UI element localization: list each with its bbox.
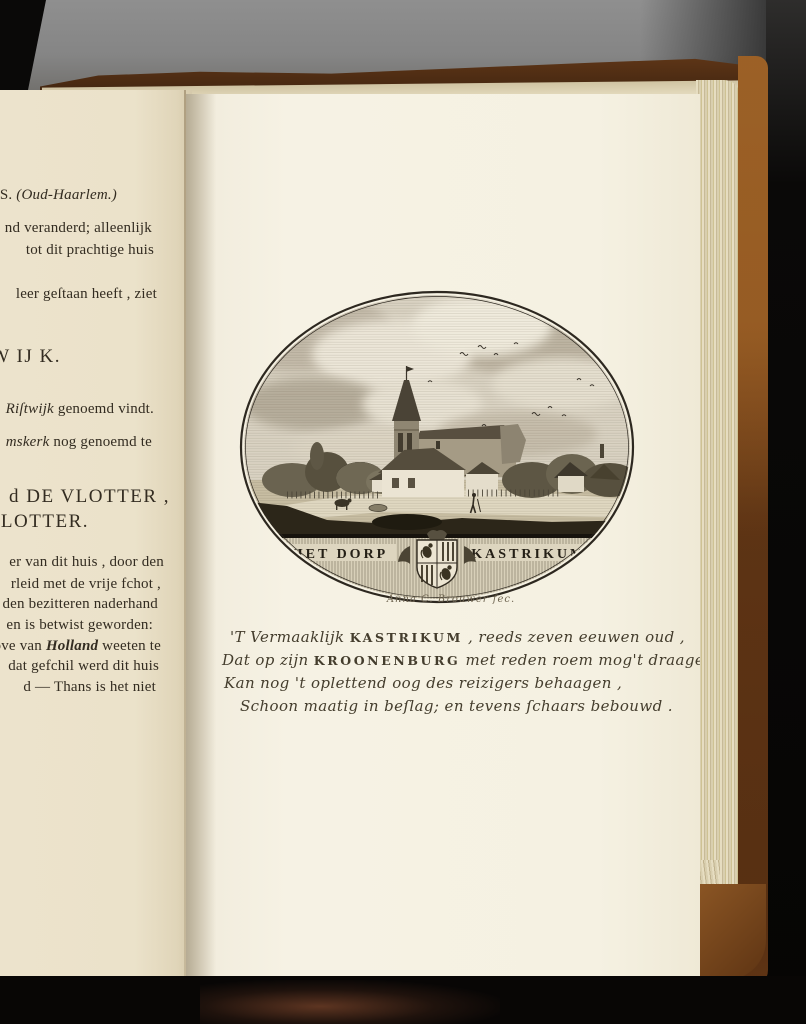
poem-placename: KROONENBURG bbox=[314, 653, 461, 668]
text-fragment: weeten te bbox=[98, 638, 161, 654]
left-page-text-line: ove van Holland weeten te bbox=[0, 638, 161, 655]
leather-cover-corner bbox=[700, 884, 766, 980]
text-fragment-italic: Holland bbox=[46, 638, 98, 654]
left-page-heading: LOTTER. bbox=[1, 511, 89, 533]
crest bbox=[427, 530, 447, 540]
left-page-text-line: en is betwist geworden: bbox=[6, 617, 153, 634]
poem-fragment: Kan nog 't oplettend oog des reizigers b… bbox=[224, 674, 622, 692]
tower-louvre bbox=[398, 433, 403, 452]
text-fragment: den bezitteren naderhand bbox=[2, 596, 158, 612]
heading-fragment: W IJ K. bbox=[0, 346, 61, 367]
left-page: BES. (Oud-Haarlem.) nd veranderd; alleen… bbox=[0, 90, 192, 976]
left-page-text-line: Riſtwijk genoemd vindt. bbox=[6, 401, 154, 418]
poem-fragment: Dat op zijn bbox=[222, 651, 314, 669]
left-page-text-line: den bezitteren naderhand bbox=[2, 596, 158, 613]
text-fragment-italic: Riſtwijk bbox=[6, 401, 54, 417]
text-fragment: dat gefchil werd dit huis bbox=[8, 658, 159, 674]
left-page-text-line: er van dit huis , door den bbox=[9, 554, 164, 571]
page-block-fore-edge bbox=[696, 80, 740, 982]
poem-line: Schoon maatig in beſlag; en tevens ſchaa… bbox=[222, 697, 662, 720]
text-fragment: ove van bbox=[0, 638, 46, 654]
white-house bbox=[558, 476, 584, 492]
left-page-text-line: leer geſtaan heeft , ziet bbox=[16, 286, 157, 303]
left-page-text-line: d — Thans is het niet bbox=[23, 679, 156, 696]
heading-fragment: LOTTER. bbox=[1, 511, 89, 532]
left-page-heading: W IJ K. bbox=[0, 346, 61, 368]
text-fragment: d — Thans is het niet bbox=[23, 679, 156, 695]
gutter-shadow bbox=[186, 94, 216, 978]
book-photograph: BES. (Oud-Haarlem.) nd veranderd; alleen… bbox=[0, 0, 806, 1024]
poem-line: 'T Vermaaklijk KASTRIKUM , reeds zeven e… bbox=[222, 628, 662, 651]
text-fragment-italic: mskerk bbox=[6, 434, 50, 450]
leather-cover-edge bbox=[738, 56, 768, 990]
foreground-bush bbox=[372, 514, 442, 530]
poem-line: Dat op zijn KROONENBURG met reden roem m… bbox=[222, 651, 662, 674]
engraving-caption-left: HET DORP bbox=[292, 547, 388, 562]
text-fragment-italic: (Oud-Haarlem.) bbox=[16, 187, 117, 203]
text-fragment: nog genoemd te bbox=[49, 434, 152, 450]
left-page-text-line: mskerk nog genoemd te bbox=[6, 434, 152, 451]
text-fragment: tot dit prachtige huis bbox=[26, 242, 154, 258]
small-spire bbox=[600, 444, 604, 458]
village-engraving: HET DORP KASTRIKUM. bbox=[232, 284, 642, 616]
left-page-text-line: nd veranderd; alleenlijk bbox=[5, 220, 152, 237]
engraving-caption-right: KASTRIKUM. bbox=[471, 547, 592, 562]
right-page: HET DORP KASTRIKUM. bbox=[186, 94, 700, 978]
text-fragment: genoemd vindt. bbox=[54, 401, 154, 417]
text-fragment: BES. bbox=[0, 187, 16, 203]
tower-louvre bbox=[407, 433, 412, 452]
poem-line: Kan nog 't oplettend oog des reizigers b… bbox=[222, 674, 662, 697]
left-page-text-line: dat gefchil werd dit huis bbox=[8, 658, 159, 675]
text-fragment: en is betwist geworden: bbox=[6, 617, 153, 633]
engraver-credit: Anna C. Brouwer fec. bbox=[246, 594, 656, 605]
table-warm-reflection bbox=[200, 980, 500, 1024]
poem-fragment: 'T Vermaaklijk bbox=[230, 628, 350, 646]
poem: 'T Vermaaklijk KASTRIKUM , reeds zeven e… bbox=[222, 628, 662, 720]
poem-placename: KASTRIKUM bbox=[350, 630, 463, 645]
poem-fragment: met reden roem mog't draagen , bbox=[460, 651, 700, 669]
left-page-text-line: rleid met de vrije fchot , bbox=[11, 576, 161, 593]
left-page-text-line: BES. (Oud-Haarlem.) bbox=[0, 187, 117, 204]
dark-background-right bbox=[766, 0, 806, 1024]
text-fragment: nd veranderd; alleenlijk bbox=[5, 220, 152, 236]
left-page-heading: d DE VLOTTER , bbox=[9, 486, 170, 508]
heading-fragment: d DE VLOTTER , bbox=[9, 486, 170, 507]
text-fragment: rleid met de vrije fchot , bbox=[11, 576, 161, 592]
poem-fragment: Schoon maatig in beſlag; en tevens ſchaa… bbox=[240, 697, 673, 715]
engraving-scene: HET DORP KASTRIKUM. bbox=[232, 284, 642, 616]
text-fragment: leer geſtaan heeft , ziet bbox=[16, 286, 157, 302]
text-fragment: er van dit huis , door den bbox=[9, 554, 164, 570]
left-page-text-line: tot dit prachtige huis bbox=[26, 242, 154, 259]
poem-fragment: , reeds zeven eeuwen oud , bbox=[463, 628, 685, 646]
